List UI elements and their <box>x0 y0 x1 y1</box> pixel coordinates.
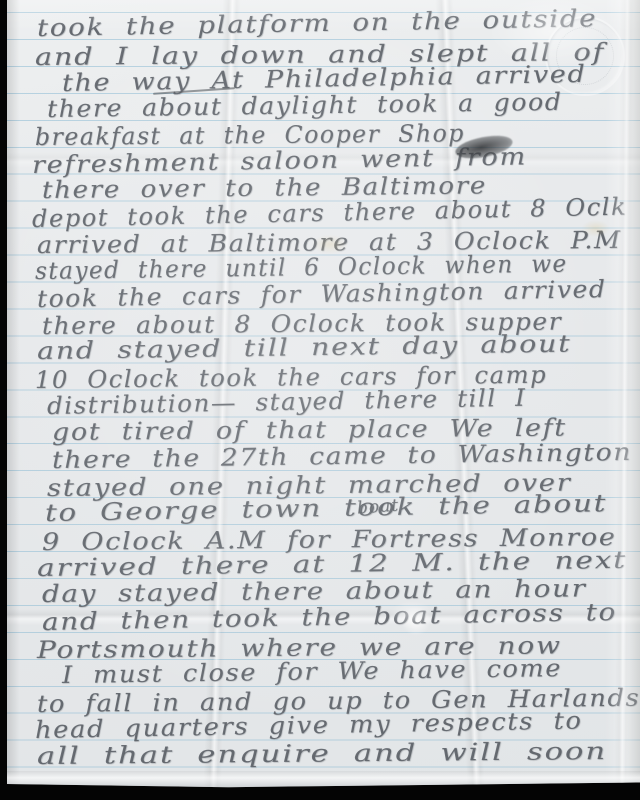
bottom-fold-edge <box>7 771 640 788</box>
handwriting-line: I must close for We have come <box>62 655 562 689</box>
handwriting-line: there about daylight took a good <box>47 89 563 123</box>
handwriting-line: all that enquire and will soon <box>37 738 607 770</box>
inserted-word: boat <box>356 496 399 519</box>
letter-paper: took the platform on the outsideand I la… <box>7 0 640 788</box>
scanned-letter-page: took the platform on the outsideand I la… <box>0 0 640 800</box>
handwriting-line: took the platform on the outside <box>37 5 598 42</box>
handwriting-text: took the platform on the outsideand I la… <box>7 0 640 788</box>
